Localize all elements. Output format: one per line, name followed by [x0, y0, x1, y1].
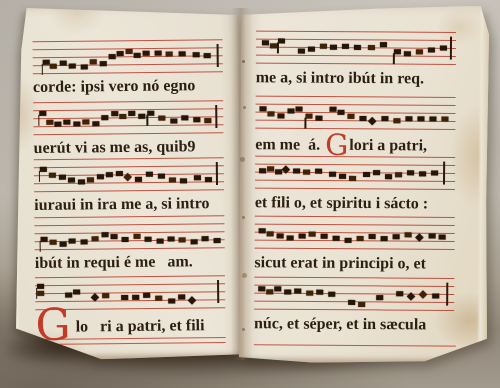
neume-note	[277, 234, 284, 239]
music-system: sicut erat in principi o, et	[239, 216, 487, 282]
staff-line	[34, 181, 224, 184]
staff	[33, 40, 223, 74]
neume-note	[274, 286, 281, 291]
neume-note	[417, 116, 424, 121]
neume-note	[50, 63, 57, 68]
neume-note	[348, 300, 355, 305]
neume-note	[59, 175, 66, 180]
staff-line	[255, 240, 455, 243]
staff	[255, 216, 455, 249]
staff-line	[35, 231, 225, 234]
neume-note	[359, 116, 366, 121]
neume-note	[179, 51, 186, 56]
neume-note	[287, 109, 294, 114]
neume-note	[97, 175, 104, 180]
neume-note	[68, 177, 75, 182]
staff-line	[254, 309, 454, 312]
staff-line	[255, 216, 455, 219]
staff-line	[33, 39, 223, 42]
neume-note	[119, 114, 126, 119]
neume-note	[204, 54, 211, 59]
staff-line	[255, 224, 455, 227]
neume-note	[330, 45, 337, 50]
neume-note	[193, 117, 200, 122]
lyric-line: me a, si intro ibút in req.	[256, 69, 424, 96]
neume-note	[441, 116, 448, 121]
neume-note	[260, 107, 267, 112]
neume-note	[73, 289, 80, 294]
neume-note	[275, 169, 282, 174]
staff-line	[254, 285, 454, 288]
neume-note	[258, 286, 265, 291]
neume-note	[205, 177, 212, 182]
staff	[256, 31, 456, 64]
neume-note	[308, 46, 315, 51]
staff-line	[256, 55, 456, 58]
neume-note	[50, 239, 57, 244]
lyric-text: núc, et séper, et in sæcula	[254, 315, 426, 333]
neume-note	[80, 64, 87, 69]
neume-note	[309, 231, 316, 236]
neume-note	[170, 119, 177, 124]
neume-note	[80, 240, 87, 245]
lyric-text: lori a patri,	[349, 137, 427, 155]
neume-note	[90, 59, 97, 64]
neume-note	[354, 45, 361, 50]
neume-note	[363, 172, 370, 177]
neume-note	[315, 116, 322, 121]
music-system: me a, si intro ibút in req.	[241, 31, 489, 97]
staff-line	[33, 71, 223, 74]
staff-line	[35, 247, 225, 250]
neume-note	[190, 239, 197, 244]
neume-note	[296, 107, 303, 112]
neume-note	[337, 110, 344, 115]
neume-note	[166, 51, 173, 56]
staff-line	[255, 232, 455, 235]
staff-line	[34, 165, 224, 168]
neume-note	[168, 298, 175, 303]
neume-note	[342, 43, 349, 48]
neume-note	[192, 52, 199, 57]
neume-note	[419, 291, 427, 299]
neume-note	[143, 50, 150, 55]
neume-note	[385, 174, 392, 179]
neume-note	[59, 60, 66, 65]
staff-line	[34, 189, 224, 192]
neume-note	[405, 116, 412, 121]
neume-note	[194, 175, 201, 180]
neume-note	[135, 176, 142, 181]
neume-note	[287, 236, 294, 241]
neume-note	[393, 118, 400, 123]
neume-note	[381, 236, 388, 241]
neume-note	[169, 177, 176, 182]
neume-note	[270, 43, 277, 48]
barline	[450, 36, 452, 59]
neume-note	[159, 116, 166, 121]
neume-note	[267, 111, 274, 116]
neume-note	[321, 234, 328, 239]
lyric-text: et fili o, et spiritu i sácto :	[255, 194, 428, 212]
neume-note	[429, 233, 436, 238]
neume-note	[59, 241, 66, 246]
barline	[217, 280, 219, 303]
neume-note	[42, 59, 49, 64]
staff-line	[35, 291, 225, 294]
neume-note	[405, 233, 412, 238]
lyric-text: em me á.	[255, 136, 324, 153]
neume-note	[381, 116, 388, 121]
staff-line	[256, 104, 456, 107]
neume-note	[267, 232, 274, 237]
neume-note	[373, 170, 380, 175]
neume-note	[99, 61, 106, 66]
lyric-text: lo ri a patri, et fili	[76, 317, 205, 335]
neume-note	[180, 178, 187, 183]
neume-note	[357, 235, 364, 240]
left-page-wrap: corde: ipsi vero nó egnouerút vi as me a…	[10, 7, 240, 359]
neume-note	[83, 119, 90, 124]
neume-note	[345, 238, 352, 243]
neume-note	[320, 44, 327, 49]
staff-line	[255, 248, 455, 251]
neume-note	[316, 289, 323, 294]
neume-note	[54, 122, 61, 127]
neume-note	[266, 289, 273, 294]
barline	[216, 105, 218, 128]
neume-note	[146, 172, 153, 177]
staff-line	[256, 96, 456, 99]
neume-note	[64, 119, 71, 124]
neume-note	[138, 113, 145, 118]
staff	[255, 156, 455, 189]
lyric-text: ibút in requi é me am.	[35, 253, 193, 272]
staff	[33, 101, 223, 135]
staff-line	[256, 39, 456, 42]
neume-note	[432, 294, 439, 299]
staff	[254, 277, 454, 310]
neume-note	[277, 113, 284, 118]
ruling-line	[254, 344, 456, 347]
neume-note	[303, 169, 310, 174]
neume-note	[37, 284, 44, 289]
neume-note	[69, 64, 76, 69]
neume-note	[358, 302, 365, 307]
neume-note	[91, 293, 99, 301]
neume-note	[407, 170, 414, 175]
neume-note	[419, 171, 426, 176]
neume-note	[440, 45, 447, 50]
neume-note	[395, 172, 402, 177]
staff-line	[33, 124, 223, 127]
neume-note	[293, 169, 300, 174]
neume-note	[213, 238, 220, 243]
neume-note	[329, 172, 336, 177]
music-system: em me á. Glori a patri,	[240, 96, 488, 162]
neume-note	[49, 173, 56, 178]
photo-scene: corde: ipsi vero nó egnouerút vi as me a…	[0, 0, 500, 388]
staff-line	[256, 63, 456, 66]
lyric-text: iuraui in ira me a, si intro	[34, 195, 209, 214]
neume-note	[37, 291, 44, 296]
neume-note	[394, 49, 401, 54]
barline	[217, 44, 219, 67]
neume-note	[368, 117, 376, 125]
neume-note	[40, 167, 47, 172]
neume-note	[204, 118, 211, 123]
neume-note	[202, 237, 209, 242]
neume-note	[156, 239, 163, 244]
neume-note	[306, 290, 313, 295]
staff-line	[34, 223, 224, 226]
staff	[34, 158, 224, 192]
neume-note	[298, 48, 305, 53]
neume-note	[299, 234, 306, 239]
neume-note	[428, 47, 435, 52]
neume-note	[145, 237, 152, 242]
neume-note	[109, 55, 116, 60]
barline	[443, 161, 445, 184]
gutter-specks	[242, 60, 245, 63]
music-system: iuraui in ira me a, si intro	[10, 158, 241, 224]
music-system: núc, et séper, et in sæcula	[239, 277, 487, 343]
neume-note	[416, 49, 423, 54]
neume-note	[284, 289, 291, 294]
neume-note	[431, 170, 438, 175]
left-page: corde: ipsi vero nó egnouerút vi as me a…	[8, 6, 242, 360]
neume-note	[143, 293, 150, 298]
staff-line	[256, 31, 456, 34]
neume-note	[347, 114, 354, 119]
lyric-line: núc, et séper, et in sæcula	[254, 315, 426, 342]
neume-note	[47, 119, 54, 124]
neume-note	[122, 237, 129, 242]
music-system: ibút in requi é me am.	[10, 216, 241, 282]
lyric-text: corde: ipsi vero nó egno	[33, 77, 196, 96]
neume-note	[111, 111, 118, 116]
neume-note	[439, 235, 446, 240]
staff-line	[255, 120, 455, 123]
staff-line	[255, 188, 455, 191]
right-page-wrap: me a, si intro ibút in req.em me á. Glor…	[240, 5, 488, 363]
neume-note	[92, 121, 99, 126]
neume-note	[78, 180, 85, 185]
lyric-text: sicut erat in principi o, et	[254, 254, 426, 272]
barline	[446, 282, 448, 305]
neume-note	[259, 228, 266, 233]
neume-note	[181, 115, 188, 120]
neume-note	[121, 295, 128, 300]
neume-note	[259, 168, 266, 173]
neume-note	[278, 38, 285, 43]
music-system: corde: ipsi vero nó egno	[9, 40, 240, 106]
neume-note	[111, 234, 118, 239]
neume-note	[128, 111, 135, 116]
neume-note	[126, 49, 133, 54]
neume-note	[168, 236, 175, 241]
neume-note	[40, 236, 47, 241]
staff-line	[255, 156, 455, 159]
neume-note	[147, 111, 154, 116]
neume-note	[102, 116, 109, 121]
neume-note	[294, 288, 301, 293]
neume-note	[368, 45, 375, 50]
staff-line	[255, 128, 455, 131]
staff-line	[254, 277, 454, 280]
neume-note	[101, 233, 108, 238]
neume-note	[376, 295, 383, 300]
neume-note	[393, 234, 400, 239]
neume-note	[188, 296, 196, 304]
neume-note	[349, 176, 356, 181]
neume-note	[369, 234, 376, 239]
staff	[255, 96, 455, 129]
neume-note	[178, 294, 185, 299]
neume-note	[429, 117, 436, 122]
neume-note	[315, 169, 322, 174]
neume-note	[106, 173, 113, 178]
music-system: et fili o, et spiritu i sácto :	[240, 156, 488, 222]
music-system: Glo ri a patri, et fili	[11, 276, 242, 342]
barline	[216, 162, 218, 185]
staff-line	[35, 283, 225, 286]
neume-note	[330, 107, 337, 112]
neume-note	[73, 122, 80, 127]
neume-note	[179, 237, 186, 242]
neume-note	[133, 53, 140, 58]
book-gutter	[231, 8, 253, 360]
staff	[34, 216, 224, 250]
neume-note	[69, 239, 76, 244]
neume-note	[133, 234, 140, 239]
neume-note	[333, 236, 340, 241]
lyric-text: uerút vi as me as, quib9	[34, 138, 196, 157]
neume-note	[157, 174, 164, 179]
neume-note	[116, 171, 123, 176]
neume-note	[267, 167, 274, 172]
neume-note	[155, 295, 162, 300]
neume-note	[66, 293, 73, 298]
neume-note	[328, 292, 335, 297]
neume-note	[305, 113, 312, 118]
neume-note	[132, 295, 139, 300]
right-page: me a, si intro ibút in req.em me á. Glor…	[239, 4, 489, 364]
neume-note	[102, 293, 109, 298]
neume-note	[404, 51, 411, 56]
neume-note	[380, 42, 387, 47]
neume-note	[87, 177, 94, 182]
neume-note	[396, 292, 403, 297]
staff-line	[33, 132, 223, 135]
staff-line	[255, 112, 455, 115]
lyric-text: me a, si intro ibút in req.	[256, 69, 424, 87]
neume-note	[116, 51, 123, 56]
neume-note	[92, 236, 99, 241]
neume-note	[339, 174, 346, 179]
neume-note	[39, 111, 46, 116]
neume-note	[154, 50, 161, 55]
neume-note	[262, 40, 269, 45]
